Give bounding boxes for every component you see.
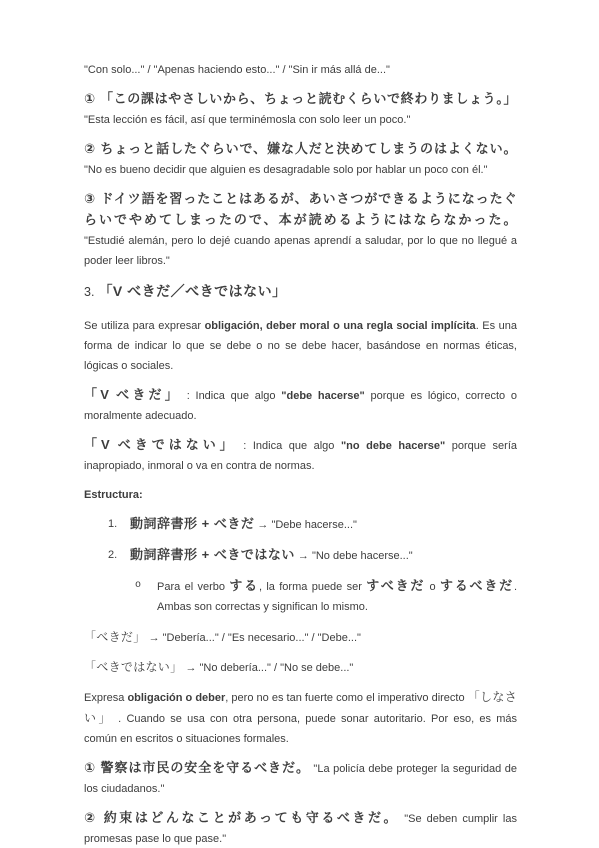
text-run: "Con solo..." / "Apenas haciendo esto...…	[84, 64, 390, 76]
numbered-item-2: 2. 動詞辞書形 + べきではない → "No debe hacerse..."	[84, 545, 517, 566]
text-run: → "No debe hacerse..."	[295, 550, 413, 562]
text-run: Para el verbo	[157, 581, 229, 593]
example-sentence-3: ③ ドイツ語を習ったことはあるが、あいさつができるようになったぐらいでやめてしま…	[84, 189, 517, 271]
japanese-pattern: 「べきだ」	[84, 630, 146, 644]
japanese-sentence: ① 警察は市民の安全を守るべきだ。	[84, 760, 310, 775]
paragraph-usage-description: Se utiliza para expresar obligación, deb…	[84, 316, 517, 376]
spanish-translation: "Estudié alemán, pero lo dejé cuando ape…	[84, 235, 517, 267]
example-sentence-2: ② ちょっと話したぐらいで、嫌な人だと決めてしまうのはよくない。 "No es …	[84, 139, 517, 180]
text-run: : Indica que algo	[181, 390, 281, 402]
bold-run: obligación, deber moral o una regla soci…	[205, 320, 476, 332]
japanese-word: すべきだ	[366, 578, 425, 593]
list-number: 1.	[108, 514, 130, 535]
japanese-word: する	[229, 578, 259, 593]
japanese-pattern: 「べきではない」	[84, 660, 182, 674]
text-run: Expresa	[84, 692, 127, 704]
japanese-sentence: ② ちょっと話したぐらいで、嫌な人だと決めてしまうのはよくない。	[84, 141, 517, 156]
example-sentence-police: ① 警察は市民の安全を守るべきだ。 "La policía debe prote…	[84, 758, 517, 799]
text-run: , la forma puede ser	[259, 581, 366, 593]
sub-bullet-suru-note: o Para el verbo する, la forma puede ser す…	[84, 576, 517, 617]
japanese-sentence: ① 「この課はやさしいから、ちょっと読むくらいで終わりましょう。」	[84, 91, 517, 106]
sub-bullet-marker: o	[135, 576, 157, 617]
paragraph-bekidewanai-gloss: 「べきではない」 → "No debería..." / "No se debe…	[84, 657, 517, 678]
japanese-pattern: 動詞辞書形 + べきだ	[130, 516, 254, 531]
japanese-sentence: ③ ドイツ語を習ったことはあるが、あいさつができるようになったぐらいでやめてしま…	[84, 191, 517, 227]
document-page: "Con solo..." / "Apenas haciendo esto...…	[0, 0, 599, 848]
text-run: Se utiliza para expresar	[84, 320, 205, 332]
spanish-translation: "No es bueno decidir que alguien es desa…	[84, 164, 487, 176]
japanese-word: するべきだ	[440, 578, 514, 593]
list-item-body: 動詞辞書形 + べきだ → "Debe hacerse..."	[130, 514, 517, 535]
bold-run: obligación o deber	[127, 692, 225, 704]
japanese-pattern: 動詞辞書形 + べきではない	[130, 547, 295, 562]
section-number: 3.	[84, 285, 94, 299]
japanese-pattern: 「V べきではない」	[84, 437, 237, 452]
japanese-sentence: ② 約束はどんなことがあっても守るべきだ。	[84, 810, 399, 825]
sub-bullet-body: Para el verbo する, la forma puede ser すべき…	[157, 576, 517, 617]
spanish-translation: "Esta lección es fácil, así que terminém…	[84, 114, 410, 126]
label-estructura: Estructura:	[84, 485, 517, 505]
text-run: : Indica que algo	[237, 440, 341, 452]
japanese-pattern: 「V べきだ」	[84, 387, 181, 402]
paragraph-intro-translations: "Con solo..." / "Apenas haciendo esto...…	[84, 60, 517, 80]
example-sentence-1: ① 「この課はやさしいから、ちょっと読むくらいで終わりましょう。」 "Esta …	[84, 89, 517, 130]
section-heading: 3.「V べきだ／べきではない」	[84, 280, 517, 304]
list-item-body: 動詞辞書形 + べきではない → "No debe hacerse..."	[130, 545, 517, 566]
bold-run: "debe hacerse"	[281, 390, 364, 402]
text-run: → "Debe hacerse..."	[254, 519, 357, 531]
text-run: , pero no es tan fuerte como el imperati…	[225, 692, 467, 704]
text-run: → "Debería..." / "Es necesario..." / "De…	[146, 632, 361, 644]
text-run: o	[425, 581, 440, 593]
paragraph-bekidewanai-definition: 「V べきではない」 : Indica que algo "no debe ha…	[84, 435, 517, 476]
numbered-item-1: 1. 動詞辞書形 + べきだ → "Debe hacerse..."	[84, 514, 517, 535]
list-number: 2.	[108, 545, 130, 566]
paragraph-bekida-definition: 「V べきだ」 : Indica que algo "debe hacerse"…	[84, 385, 517, 426]
paragraph-bekida-gloss: 「べきだ」 → "Debería..." / "Es necesario..."…	[84, 627, 517, 648]
bold-run: "no debe hacerse"	[341, 440, 445, 452]
example-sentence-promise: ② 約束はどんなことがあっても守るべきだ。 "Se deben cumplir …	[84, 808, 517, 848]
text-run: → "No debería..." / "No se debe..."	[182, 662, 353, 674]
section-title-japanese: 「V べきだ／べきではない」	[98, 283, 286, 299]
text-run: . Cuando se usa con otra persona, puede …	[84, 713, 517, 745]
bold-label: Estructura:	[84, 489, 143, 501]
paragraph-nuance: Expresa obligación o deber, pero no es t…	[84, 687, 517, 749]
